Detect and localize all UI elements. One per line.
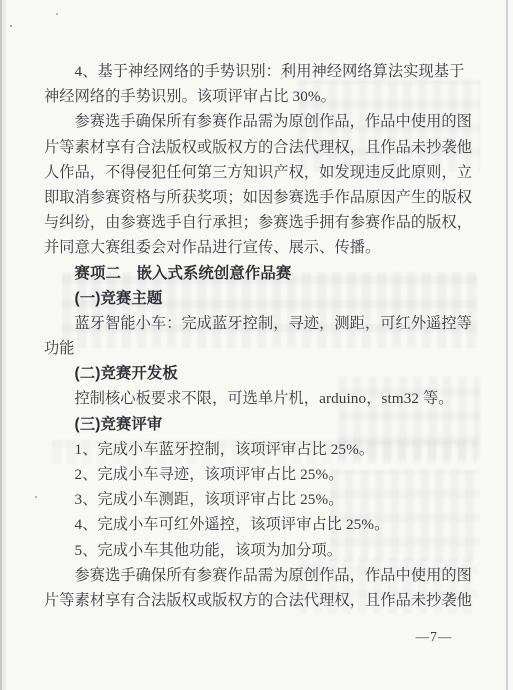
text-line: 2、完成小车寻迹，该项评审占比 25%。	[44, 462, 476, 487]
scan-left-edge-shadow	[2, 0, 6, 690]
scan-speck	[35, 496, 37, 498]
scanned-page: 4、基于神经网络的手势识别：利用神经网络算法实现基于神经网络的手势识别。该项评审…	[0, 0, 513, 690]
scan-speck	[56, 13, 58, 15]
text-line: 片等素材享有合法版权或版权方的合法代理权，且作品未抄袭他	[44, 135, 476, 160]
text-line: 并同意大赛组委会对作品进行宣传、展示、传播。	[44, 235, 476, 260]
text-line: 5、完成小车其他功能，该项为加分项。	[44, 538, 476, 563]
text-line: 神经网络的手势识别。该项评审占比 30%。	[44, 84, 476, 109]
text-line: 1、完成小车蓝牙控制，该项评审占比 25%。	[44, 437, 476, 462]
text-line: 与纠纷，由参赛选手自行承担；参赛选手拥有参赛作品的版权，	[44, 210, 476, 235]
text-line: 功能	[44, 336, 476, 361]
text-line: 控制核心板要求不限，可选单片机，arduino，stm32 等。	[44, 386, 476, 411]
heading-line: (三)竞赛评审	[44, 412, 476, 437]
text-line: 片等素材享有合法版权或版权方的合法代理权，且作品未抄袭他	[44, 588, 476, 613]
text-line: 3、完成小车测距，该项评审占比 25%。	[44, 487, 476, 512]
heading-line: 赛项二 嵌入式系统创意作品赛	[44, 261, 476, 286]
page-number: —7—	[402, 629, 466, 645]
text-line: 人作品，不得侵犯任何第三方知识产权，如发现违反此原则，立	[44, 160, 476, 185]
scan-speck	[10, 25, 12, 27]
text-line: 参赛选手确保所有参赛作品需为原创作品，作品中使用的图	[44, 109, 476, 134]
heading-line: (二)竞赛开发板	[44, 361, 476, 386]
text-line: 参赛选手确保所有参赛作品需为原创作品，作品中使用的图	[44, 563, 476, 588]
heading-line: (一)竞赛主题	[44, 286, 476, 311]
text-line: 4、基于神经网络的手势识别：利用神经网络算法实现基于	[44, 59, 476, 84]
text-line: 4、完成小车可红外遥控，该项评审占比 25%。	[44, 512, 476, 537]
document-body: 4、基于神经网络的手势识别：利用神经网络算法实现基于神经网络的手势识别。该项评审…	[44, 59, 476, 613]
text-line: 即取消参赛资格与所获奖项；如因参赛选手作品原因产生的版权	[44, 185, 476, 210]
scan-right-edge	[506, 0, 508, 690]
text-line: 蓝牙智能小车：完成蓝牙控制，寻迹，测距，可红外遥控等	[44, 311, 476, 336]
